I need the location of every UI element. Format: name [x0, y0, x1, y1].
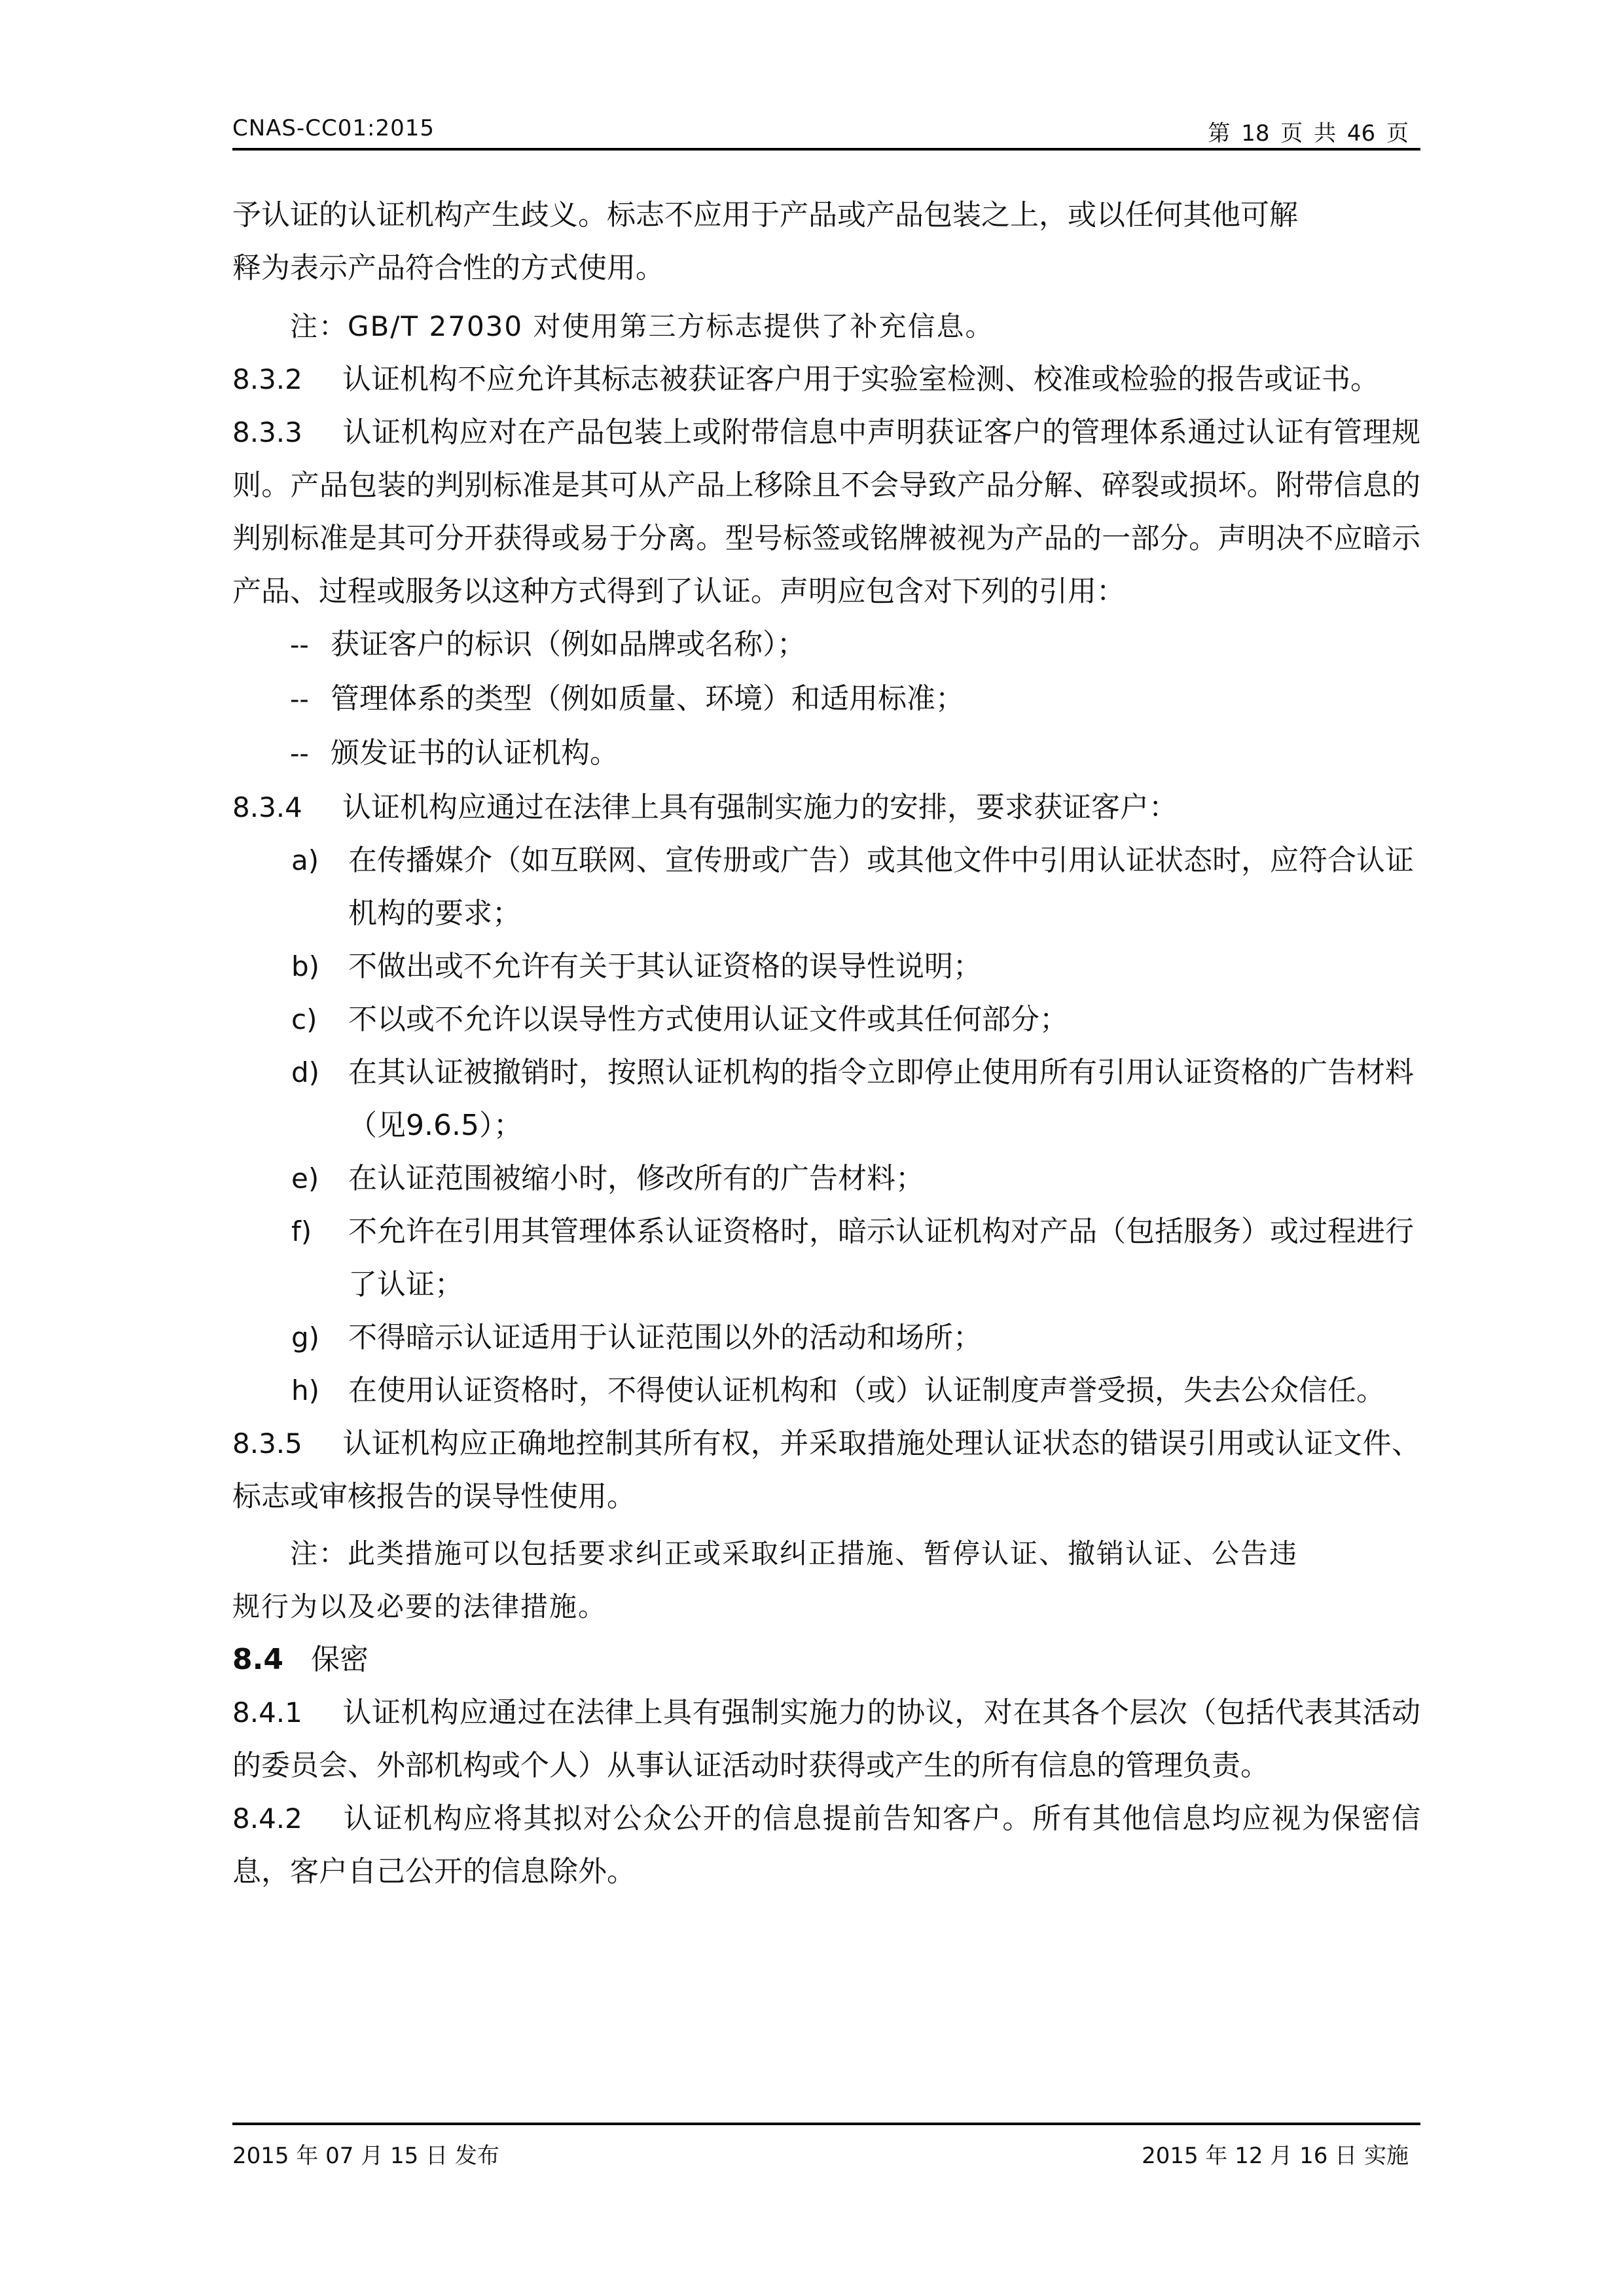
clause-text: 认证机构应将其拟对公众公开的信息提前告知客户。所有其他信息均应视为保密信息，客户… — [232, 1802, 1420, 1888]
dash-bullet: -- — [290, 673, 331, 726]
clause-text: 认证机构应通过在法律上具有强制实施力的协议，对在其各个层次（包括代表其活动的委员… — [232, 1696, 1420, 1782]
document-body: 予认证的认证机构产生歧义。标志不应用于产品或产品包装之上，或以任何其他可解 释为… — [232, 188, 1420, 1898]
clause-text: 认证机构应对在产品包装上或附带信息中声明获证客户的管理体系通过认证有管理规则。产… — [232, 416, 1420, 608]
publish-date: 2015 年 07 月 15 日 发布 — [232, 2138, 499, 2170]
list-item: b)不做出或不允许有关于其认证资格的误导性说明； — [232, 940, 1420, 993]
list-item: h)在使用认证资格时，不得使认证机构和（或）认证制度声誉受损，失去公众信任。 — [232, 1364, 1420, 1417]
list-item: d)在其认证被撤销时，按照认证机构的指令立即停止使用所有引用认证资格的广告材料（… — [232, 1046, 1420, 1152]
note-gbt27030: 注：GB/T 27030 对使用第三方标志提供了补充信息。 — [232, 300, 1420, 353]
page-number: 第 18 页 共 46 页 — [1208, 115, 1409, 147]
section-number: 8.4 — [232, 1633, 311, 1686]
clause-number: 8.3.5 — [232, 1417, 342, 1470]
list-letter: d) — [291, 1046, 319, 1099]
clause-8-3-4: 8.3.4认证机构应通过在法律上具有强制实施力的安排，要求获证客户： — [232, 781, 1420, 834]
clause-number: 8.3.3 — [232, 406, 342, 459]
list-letter: h) — [291, 1364, 319, 1417]
page-footer: 2015 年 07 月 15 日 发布 2015 年 12 月 16 日 实施 — [232, 2138, 1420, 2170]
list-letter: c) — [291, 993, 317, 1046]
note-measures: 注：此类措施可以包括要求纠正或采取纠正措施、暂停认证、撤销认证、公告违 — [232, 1527, 1420, 1580]
clause-text: 认证机构应通过在法律上具有强制实施力的安排，要求获证客户： — [342, 791, 1178, 824]
clause-8-4-1: 8.4.1认证机构应通过在法律上具有强制实施力的协议，对在其各个层次（包括代表其… — [232, 1686, 1420, 1792]
section-title: 保密 — [311, 1643, 369, 1676]
list-item: e)在认证范围被缩小时，修改所有的广告材料； — [232, 1152, 1420, 1205]
clause-number: 8.3.4 — [232, 781, 342, 834]
clause-text: 认证机构应正确地控制其所有权，并采取措施处理认证状态的错误引用或认证文件、标志或… — [232, 1427, 1420, 1513]
clause-number: 8.4.2 — [232, 1792, 342, 1845]
page-header: CNAS-CC01:2015 第 18 页 共 46 页 — [232, 113, 1420, 149]
list-item: g)不得暗示认证适用于认证范围以外的活动和场所； — [232, 1311, 1420, 1364]
list-letter: f) — [291, 1205, 312, 1258]
note-measures-continued: 规行为以及必要的法律措施。 — [232, 1580, 1420, 1633]
list-item: a)在传播媒介（如互联网、宣传册或广告）或其他文件中引用认证状态时，应符合认证机… — [232, 834, 1420, 940]
list-item: --颁发证书的认证机构。 — [232, 726, 1420, 781]
header-rule — [232, 148, 1420, 151]
list-letter: b) — [291, 940, 319, 993]
clause-number: 8.4.1 — [232, 1686, 342, 1739]
list-letter: a) — [291, 834, 319, 887]
footer-rule — [232, 2123, 1420, 2125]
clause-8-4-2: 8.4.2认证机构应将其拟对公众公开的信息提前告知客户。所有其他信息均应视为保密… — [232, 1792, 1420, 1898]
clause-number: 8.3.2 — [232, 353, 342, 406]
clause-8-3-2: 8.3.2认证机构不应允许其标志被获证客户用于实验室检测、校准或检验的报告或证书… — [232, 353, 1420, 406]
list-item: --获证客户的标识（例如品牌或名称）； — [232, 618, 1420, 672]
list-letter: e) — [291, 1152, 319, 1205]
list-letter: g) — [291, 1311, 319, 1364]
list-item: f)不允许在引用其管理体系认证资格时，暗示认证机构对产品（包括服务）或过程进行了… — [232, 1205, 1420, 1311]
document-page: CNAS-CC01:2015 第 18 页 共 46 页 予认证的认证机构产生歧… — [232, 0, 1420, 2296]
dash-bullet: -- — [290, 728, 331, 781]
clause-text: 认证机构不应允许其标志被获证客户用于实验室检测、校准或检验的报告或证书。 — [342, 363, 1379, 396]
dash-bullet: -- — [290, 619, 331, 672]
effective-date: 2015 年 12 月 16 日 实施 — [1142, 2138, 1409, 2170]
document-id: CNAS-CC01:2015 — [232, 115, 435, 141]
list-item: --管理体系的类型（例如质量、环境）和适用标准； — [232, 672, 1420, 726]
section-heading-8-4: 8.4保密 — [232, 1633, 1420, 1686]
clause-8-3-5: 8.3.5认证机构应正确地控制其所有权，并采取措施处理认证状态的错误引用或认证文… — [232, 1417, 1420, 1523]
clause-8-3-3: 8.3.3认证机构应对在产品包装上或附带信息中声明获证客户的管理体系通过认证有管… — [232, 406, 1420, 618]
paragraph-continued: 予认证的认证机构产生歧义。标志不应用于产品或产品包装之上，或以任何其他可解 释为… — [232, 188, 1420, 295]
list-item: c)不以或不允许以误导性方式使用认证文件或其任何部分； — [232, 993, 1420, 1046]
